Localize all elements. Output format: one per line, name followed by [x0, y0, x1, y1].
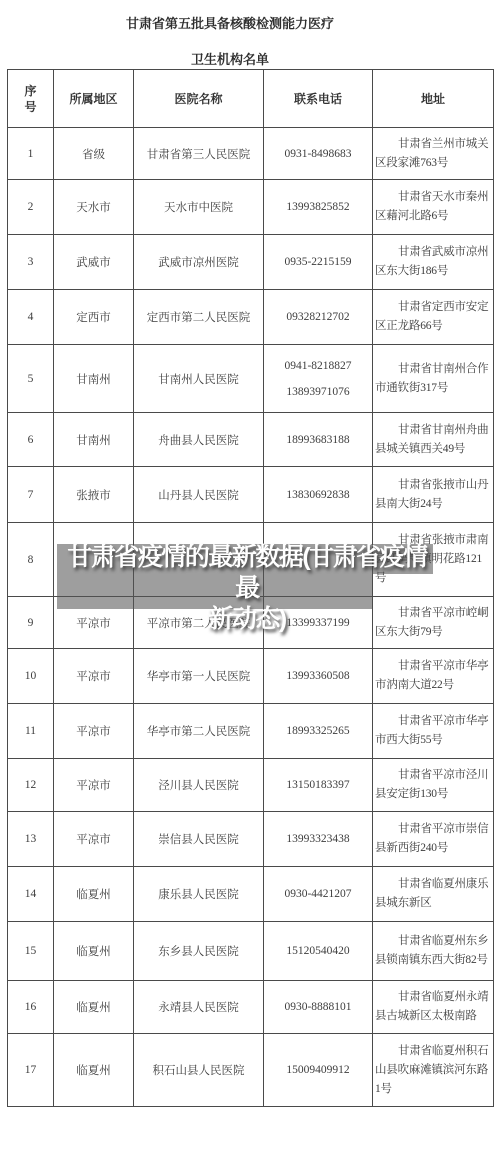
cell-hospital: 武威市凉州医院	[134, 235, 264, 290]
cell-phone: 13150183397	[264, 759, 373, 812]
watermark-title-line2: 新动态)	[57, 604, 437, 635]
cell-region: 平凉市	[54, 704, 134, 759]
cell-address: 甘肃省临夏州积石山县吹麻滩镇滨河东路1号	[373, 1034, 494, 1107]
column-header-address: 地址	[373, 70, 494, 128]
cell-phone: 09328212702	[264, 290, 373, 345]
cell-phone: 0930-8888101	[264, 981, 373, 1034]
cell-seq: 1	[8, 128, 54, 180]
column-header-phone: 联系电话	[264, 70, 373, 128]
cell-region: 平凉市	[54, 812, 134, 867]
cell-phone: 13830692838	[264, 467, 373, 523]
table-row: 15临夏州东乡县人民医院15120540420甘肃省临夏州东乡县锁南镇东西大街8…	[8, 922, 494, 981]
cell-seq: 13	[8, 812, 54, 867]
cell-region: 甘南州	[54, 413, 134, 467]
cell-address: 甘肃省临夏州康乐县城东新区	[373, 867, 494, 922]
cell-hospital: 舟曲县人民医院	[134, 413, 264, 467]
cell-region: 张掖市	[54, 467, 134, 523]
cell-hospital: 康乐县人民医院	[134, 867, 264, 922]
table-row: 2天水市天水市中医院13993825852甘肃省天水市秦州区藉河北路6号	[8, 180, 494, 235]
document-page: 甘肃省第五批具备核酸检测能力医疗 卫生机构名单 序号 所属地区 医院名称 联系电…	[0, 0, 500, 1157]
column-header-seq: 序号	[8, 70, 54, 128]
cell-seq: 5	[8, 345, 54, 413]
cell-seq: 12	[8, 759, 54, 812]
cell-hospital: 泾川县人民医院	[134, 759, 264, 812]
cell-hospital: 崇信县人民医院	[134, 812, 264, 867]
cell-address: 甘肃省平凉市崇信县新西街240号	[373, 812, 494, 867]
cell-address: 甘肃省天水市秦州区藉河北路6号	[373, 180, 494, 235]
table-row: 16临夏州永靖县人民医院0930-8888101甘肃省临夏州永靖县古城新区太极南…	[8, 981, 494, 1034]
column-header-region: 所属地区	[54, 70, 134, 128]
cell-phone: 18993325265	[264, 704, 373, 759]
cell-address: 甘肃省平凉市华亭市汭南大道22号	[373, 649, 494, 704]
cell-seq: 6	[8, 413, 54, 467]
cell-hospital: 甘肃省第三人民医院	[134, 128, 264, 180]
header-row: 序号 所属地区 医院名称 联系电话 地址	[8, 70, 494, 128]
cell-address: 甘肃省定西市安定区正龙路66号	[373, 290, 494, 345]
cell-hospital: 东乡县人民医院	[134, 922, 264, 981]
document-title-line1: 甘肃省第五批具备核酸检测能力医疗	[0, 13, 480, 32]
table-row: 12平凉市泾川县人民医院13150183397甘肃省平凉市泾川县安定街130号	[8, 759, 494, 812]
cell-seq: 8	[8, 523, 54, 597]
cell-seq: 4	[8, 290, 54, 345]
cell-hospital: 华亭市第二人民医院	[134, 704, 264, 759]
table-row: 13平凉市崇信县人民医院13993323438甘肃省平凉市崇信县新西街240号	[8, 812, 494, 867]
cell-region: 临夏州	[54, 1034, 134, 1107]
table-row: 7张掖市山丹县人民医院13830692838甘肃省张掖市山丹县南大街24号	[8, 467, 494, 523]
cell-phone: 13993825852	[264, 180, 373, 235]
cell-address: 甘肃省甘南州舟曲县城关镇西关49号	[373, 413, 494, 467]
cell-address: 甘肃省武威市凉州区东大街186号	[373, 235, 494, 290]
cell-region: 平凉市	[54, 759, 134, 812]
cell-address: 甘肃省张掖市山丹县南大街24号	[373, 467, 494, 523]
cell-region: 甘南州	[54, 345, 134, 413]
table-row: 6甘南州舟曲县人民医院18993683188甘肃省甘南州舟曲县城关镇西关49号	[8, 413, 494, 467]
table-row: 11平凉市华亭市第二人民医院18993325265甘肃省平凉市华亭市西大街55号	[8, 704, 494, 759]
watermark-title-line1: 甘肃省疫情的最新数据(甘肃省疫情最	[57, 542, 437, 604]
cell-address: 甘肃省临夏州东乡县锁南镇东西大街82号	[373, 922, 494, 981]
cell-region: 临夏州	[54, 981, 134, 1034]
table-row: 1省级甘肃省第三人民医院0931-8498683甘肃省兰州市城关区段家滩763号	[8, 128, 494, 180]
cell-hospital: 华亭市第一人民医院	[134, 649, 264, 704]
table-row: 4定西市定西市第二人民医院09328212702甘肃省定西市安定区正龙路66号	[8, 290, 494, 345]
cell-phone: 0930-4421207	[264, 867, 373, 922]
document-title-line2: 卫生机构名单	[0, 49, 480, 68]
cell-hospital: 永靖县人民医院	[134, 981, 264, 1034]
cell-phone: 15009409912	[264, 1034, 373, 1107]
cell-phone: 0931-8498683	[264, 128, 373, 180]
table-row: 3武威市武威市凉州医院0935-2215159甘肃省武威市凉州区东大街186号	[8, 235, 494, 290]
cell-address: 甘肃省平凉市华亭市西大街55号	[373, 704, 494, 759]
cell-address: 甘肃省临夏州永靖县古城新区太极南路	[373, 981, 494, 1034]
cell-seq: 11	[8, 704, 54, 759]
cell-seq: 9	[8, 597, 54, 649]
cell-hospital: 积石山县人民医院	[134, 1034, 264, 1107]
cell-phone: 18993683188	[264, 413, 373, 467]
document-title: 甘肃省第五批具备核酸检测能力医疗 卫生机构名单	[0, 0, 480, 69]
cell-phone: 0941-8218827 13893971076	[264, 345, 373, 413]
cell-seq: 7	[8, 467, 54, 523]
cell-region: 省级	[54, 128, 134, 180]
cell-region: 临夏州	[54, 867, 134, 922]
cell-hospital: 甘南州人民医院	[134, 345, 264, 413]
cell-seq: 14	[8, 867, 54, 922]
cell-hospital: 天水市中医院	[134, 180, 264, 235]
table-row: 5甘南州甘南州人民医院0941-8218827 13893971076甘肃省甘南…	[8, 345, 494, 413]
cell-seq: 16	[8, 981, 54, 1034]
table-row: 10平凉市华亭市第一人民医院13993360508甘肃省平凉市华亭市汭南大道22…	[8, 649, 494, 704]
cell-address: 甘肃省平凉市泾川县安定街130号	[373, 759, 494, 812]
cell-region: 定西市	[54, 290, 134, 345]
cell-seq: 10	[8, 649, 54, 704]
cell-phone: 15120540420	[264, 922, 373, 981]
cell-region: 平凉市	[54, 649, 134, 704]
table-row: 14临夏州康乐县人民医院0930-4421207甘肃省临夏州康乐县城东新区	[8, 867, 494, 922]
cell-region: 武威市	[54, 235, 134, 290]
cell-address: 甘肃省甘南州合作市通钦街317号	[373, 345, 494, 413]
cell-phone: 13993360508	[264, 649, 373, 704]
watermark-title: 甘肃省疫情的最新数据(甘肃省疫情最 新动态)	[57, 542, 437, 635]
cell-seq: 3	[8, 235, 54, 290]
column-header-hospital: 医院名称	[134, 70, 264, 128]
cell-region: 临夏州	[54, 922, 134, 981]
cell-phone: 13993323438	[264, 812, 373, 867]
cell-hospital: 山丹县人民医院	[134, 467, 264, 523]
table-row: 17临夏州积石山县人民医院15009409912甘肃省临夏州积石山县吹麻滩镇滨河…	[8, 1034, 494, 1107]
cell-phone: 0935-2215159	[264, 235, 373, 290]
cell-seq: 2	[8, 180, 54, 235]
cell-seq: 15	[8, 922, 54, 981]
cell-address: 甘肃省兰州市城关区段家滩763号	[373, 128, 494, 180]
cell-seq: 17	[8, 1034, 54, 1107]
cell-region: 天水市	[54, 180, 134, 235]
cell-hospital: 定西市第二人民医院	[134, 290, 264, 345]
